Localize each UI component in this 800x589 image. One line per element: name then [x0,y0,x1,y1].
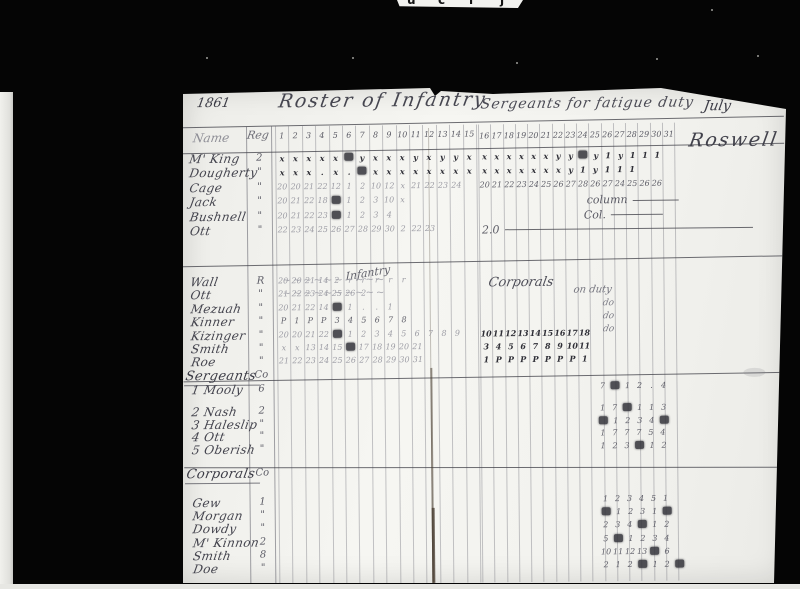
day-header-number: 7 [355,131,368,140]
ditto-mark: 2 [252,406,272,417]
roster-section-s3: 1 Mooly6712.42 Nash2171133 Haleslip"1234… [183,378,787,456]
day-cell-mark: 27 [565,179,577,188]
day-cell-mark: 3 [612,520,624,529]
day-cell-mark: P [517,354,529,364]
row-name: Smith [192,549,232,563]
ink-smudge [663,507,672,515]
row-name: Ott [189,288,212,302]
day-cell-mark: 20 [276,182,289,191]
day-cell-mark: 2 [661,560,673,569]
day-header-number: 8 [369,130,382,139]
day-cell-mark: 23 [515,180,527,189]
day-header-number: 20 [527,131,539,140]
day-header-number: 14 [449,130,462,139]
day-cell-mark: 2 [396,224,409,233]
ditto-mark: 2 [249,152,269,163]
day-cell-mark: P [566,354,578,364]
roster-section-s2: WallR202021142rrrrr~~~~~~~~~~Ott"2122232… [182,270,786,383]
day-cells-left: 2021221812310x [276,195,410,205]
day-cell-mark: x [289,168,302,178]
day-cell-mark: 14 [317,303,330,312]
day-cell-mark: 3 [649,533,661,542]
day-cell-mark: 1 [342,181,355,190]
day-cell-mark: P [505,354,517,364]
note-underline [633,199,679,200]
day-cell-mark: x [491,151,503,161]
day-cell-mark: 10 [369,181,382,190]
day-header-number: 27 [613,130,625,139]
day-cells-right: 177754 [597,428,669,438]
ink-smudge [579,150,588,158]
ink-smudge [660,415,669,423]
day-cell-mark: 16 [554,327,566,337]
day-cell-mark: 15 [331,343,344,352]
day-cell-mark: 5 [505,341,517,351]
day-cell-mark: 12 [505,328,517,338]
ditto-mark: " [253,510,273,521]
day-cell-mark: y [449,152,462,162]
day-cell-mark: 22 [302,196,315,205]
day-cell-mark: 25 [626,179,638,188]
day-cell-mark: x [527,151,539,161]
day-cell-mark: 22 [503,180,515,189]
ditto-mark: " [249,167,269,178]
day-cell-mark: 24 [614,179,626,188]
day-header-number: 16 [478,131,490,140]
ditto-mark: 2 [253,536,273,547]
day-cells-right: xxxxxxxy1y111 [478,164,638,176]
day-cell-mark: 20 [277,303,290,312]
day-cell-mark: 11 [492,328,504,338]
day-cell-mark: 7 [633,428,645,437]
ink-smudge [333,329,342,337]
day-cells-right: 1231 [600,507,674,517]
ink-smudge [332,303,341,311]
ink-smudge [358,167,367,175]
ink-smudge [623,403,632,411]
day-cell-mark: 1 [343,329,356,338]
day-header-number: 28 [626,130,638,139]
scribble-wave: ~~~~~~~~~~ [283,288,387,300]
day-cell-mark: 4 [344,316,357,325]
row-name: Kizinger [190,328,247,343]
day-cell-mark: 28 [356,224,369,233]
day-cell-mark: 17 [566,327,578,337]
day-cell-mark: 21 [277,357,290,366]
day-cell-mark: 4 [636,494,648,503]
day-header-number: 15 [462,129,475,138]
day-cell-mark: 3 [370,329,383,338]
day-cell-mark: 5 [397,329,410,338]
day-cell-mark: 1 [660,494,672,503]
day-cell-mark: 1 [646,403,658,412]
day-cell-mark: 8 [437,328,450,337]
day-cell-mark: 18 [316,196,329,205]
day-cell-mark: y [614,150,626,160]
day-cell-mark: 4 [657,381,669,390]
day-cell-mark: 7 [596,381,608,390]
day-cell-mark: 20 [276,211,289,220]
film-frame-label: ucij [397,0,523,8]
day-cell-mark: 21 [411,342,424,351]
day-cell-mark: 19 [384,342,397,351]
day-cell-mark: P [554,354,566,364]
row-name: Kinner [190,315,236,329]
day-header-number: 30 [650,130,662,139]
day-cell-mark: 23 [304,356,317,365]
reg-column-header: Reg [246,128,270,141]
day-cell-mark: 4 [646,416,658,425]
day-cells-right: 21212 [600,559,686,569]
day-cell-mark: x [462,151,475,161]
day-header-number: 31 [662,130,674,139]
ink-smudge [635,440,644,448]
ditto-mark: " [251,342,271,353]
day-cell-mark: 5 [648,494,660,503]
day-cell-mark: 2 [658,440,670,449]
roster-sections: M' King2xxxxxyxxxyxyyxxxxxxxyyy1y111Doug… [181,85,784,91]
dust-speck [656,58,658,60]
day-header-number: 24 [576,130,588,139]
day-cell-mark: 3 [634,416,646,425]
name-column-header: Name [192,131,230,145]
day-cell-mark: 9 [451,328,464,337]
day-cell-mark: 26 [638,179,650,188]
day-cell-mark: 4 [657,428,669,437]
day-cell-mark: 2 [612,494,624,503]
day-cell-mark: 22 [317,329,330,338]
day-header-number: 5 [329,131,342,140]
ink-smudge [638,520,647,528]
day-cell-mark: 7 [621,428,633,437]
day-cell-mark: y [355,153,368,163]
day-cells-left: xxx.x.xxxxxxxx [275,166,476,178]
day-cell-mark: . [645,381,657,390]
day-cell-mark: 29 [370,224,383,233]
day-cell-mark: x [515,165,527,175]
day-cell-mark: 22 [410,224,423,233]
row-name: Roe [190,355,217,369]
day-cell-mark: 26 [651,178,663,187]
day-cell-mark: 9 [554,341,566,351]
day-cell-mark: 31 [411,355,424,364]
day-cell-mark: x [515,151,527,161]
day-cell-mark: 1 [480,355,492,365]
day-cell-mark: 13 [517,328,529,338]
day-cells-left: xxxxxyxxxyxyyx [275,151,476,163]
day-cell-mark: 15 [541,327,553,337]
day-cell-mark: 1 [597,441,609,450]
day-cell-mark: 21 [289,211,302,220]
ditto-label-group: dododo [181,85,784,91]
day-cells-left: 22232425262728293022223 [276,224,437,235]
day-cell-mark: x [436,166,449,176]
day-cells-right: 34567891011 [480,340,591,351]
day-cell-mark: x [422,152,435,162]
note-underline [504,227,752,230]
day-cell-mark: y [589,165,601,175]
day-cell-mark: 2 [622,416,634,425]
day-cell-mark: 4 [661,533,673,542]
day-cell-mark: 6 [517,341,529,351]
day-cell-mark: 3 [369,210,382,219]
day-cell-mark: P [304,316,317,325]
day-header-number: 2 [288,131,301,140]
row-name: M' King [188,152,241,167]
day-cell-mark: 3 [624,494,636,503]
page-title-left: Roster of Infantry [277,88,488,112]
day-cell-mark: 1 [651,150,663,160]
row-name: Jack [189,195,219,209]
ditto-mark: " [251,356,271,367]
day-cell-mark: x [422,166,435,176]
day-cell-mark: 1 [613,507,625,516]
day-cell-mark: 10 [382,195,395,204]
day-cell-mark: 2 [624,560,636,569]
day-header-number: 22 [552,131,564,140]
day-cell-mark: x [315,153,328,163]
frame-label-glyph: c [438,0,445,7]
day-cell-mark: 4 [624,520,636,529]
day-cell-mark: 1 [600,494,612,503]
day-cell-mark: 2 [609,441,621,450]
day-cell-mark: x [290,343,303,352]
dust-speck [757,55,759,57]
ditto-mark: " [251,329,271,340]
day-cell-mark: x [540,151,552,161]
day-cell-mark: 3 [480,341,492,351]
section-rule [181,116,784,129]
day-cell-mark: y [409,152,422,162]
day-cells-right: 202122232425262728262724252626 [479,178,664,189]
day-cells-right: 12312 [597,440,670,450]
dust-speck [711,9,713,11]
day-cell-mark: 7 [424,328,437,337]
note-underline [611,214,663,215]
roster-section-s1: M' King2xxxxxyxxxyxyyxxxxxxxyyy1y111Doug… [181,147,785,239]
day-cell-mark: 13 [304,343,317,352]
day-cell-mark: 20 [290,330,303,339]
day-header-number: 18 [503,131,515,140]
ditto-mark: " [250,224,270,235]
day-cell-mark: . [342,167,355,177]
row-name: Bushnell [189,209,247,224]
roster-section-s4: CorporalsCoGew1123451Morgan"1231Dowdy"23… [184,462,788,576]
day-cell-mark: 1 [290,316,303,325]
day-cell-mark: 24 [450,180,463,189]
day-cell-mark: 23 [316,210,329,219]
day-cell-mark: 1 [597,428,609,437]
day-cell-mark: x [462,166,475,176]
day-cell-mark: 22 [303,303,316,312]
day-cell-mark: 1 [601,165,613,175]
day-cell-mark: 2 [357,329,370,338]
day-cell-mark: P [529,354,541,364]
day-cells-right: 51234 [600,533,673,543]
day-cells-right: 123451 [600,494,672,504]
day-cell-mark: 7 [384,315,397,324]
day-cell-mark: 1 [597,404,609,413]
day-header-number: 9 [382,130,395,139]
day-cell-mark: x [528,165,540,175]
day-cell-mark: y [552,151,564,161]
day-cell-mark: x [396,195,409,204]
day-cell-mark: 1 [579,354,591,364]
adjacent-page-edge [0,92,13,584]
day-header-number: 21 [540,131,552,140]
ink-smudge [331,210,340,218]
ink-smudge [614,534,623,542]
day-cell-mark: 1 [634,403,646,412]
day-cell-mark: x [552,165,564,175]
ditto-mark: R [250,275,270,286]
day-cell-mark: 30 [398,355,411,364]
day-cell-mark: 10 [600,547,612,556]
day-cell-mark: 20 [479,180,491,189]
day-cell-mark: 18 [578,327,590,337]
ditto-mark: " [253,562,273,573]
day-cell-mark: 1 [649,560,661,569]
day-cell-mark: . [357,302,370,311]
day-cell-mark: 26 [552,179,564,188]
ink-smudge [602,507,611,515]
day-cell-mark: y [590,150,602,160]
day-cell-mark: x [289,153,302,163]
day-cell-mark: 3 [658,403,670,412]
day-cell-mark: 1 [626,150,638,160]
day-cell-mark: x [449,166,462,176]
day-cell-mark: x [329,167,342,177]
day-cell-mark: 12 [383,181,396,190]
day-cell-mark: 10 [566,340,578,350]
ditto-mark: 8 [253,549,273,560]
ink-smudge [331,196,340,204]
day-cell-mark: 1 [614,164,626,174]
day-cell-mark: 3 [637,507,649,516]
day-cell-mark: . [316,167,329,177]
day-cell-mark: 17 [357,342,370,351]
day-cell-mark: x [409,166,422,176]
ink-smudge [675,559,684,567]
day-cell-mark: x [503,166,515,176]
day-cell-mark: 1 [621,381,633,390]
day-cell-mark: 21 [289,196,302,205]
day-cell-mark: 20 [276,196,289,205]
day-cell-mark: x [369,152,382,162]
day-cell-mark: x [275,168,288,178]
day-cells-left: 2020212212121012x21222324 [276,180,464,191]
day-cell-mark: 1 [626,164,638,174]
day-cell-mark: 27 [343,225,356,234]
day-cells-left: 202122141..1 [277,302,397,312]
section-ditto: Co [252,467,272,478]
row-name: Wall [189,275,219,289]
ditto-mark: " [252,431,272,442]
day-cell-mark: 22 [276,225,289,234]
day-cell-mark: 1 [343,302,356,311]
day-cell-mark: 4 [383,210,396,219]
day-cell-mark: 8 [542,341,554,351]
day-cell-mark: 25 [540,180,552,189]
ditto-mark: Co [251,369,271,380]
day-cell-mark: 1 [646,440,658,449]
day-cell-mark: 7 [609,404,621,413]
ditto-mark: " [252,443,272,454]
day-cell-mark: 28 [577,179,589,188]
day-cell-mark: 27 [601,179,613,188]
day-cell-mark: x [382,152,395,162]
ink-smudge [346,343,355,351]
day-cell-mark: 26 [589,179,601,188]
day-cell-mark: 22 [423,181,436,190]
day-cell-mark: 14 [317,343,330,352]
column-ruling [181,85,784,91]
day-cell-mark: 1 [383,302,396,311]
day-cell-mark: 1 [342,196,355,205]
day-cells-right: 101112131415161718 [480,327,591,338]
ledger-page: 1861 Roster of Infantry Sergeants for fa… [183,88,786,583]
day-cell-mark: 3 [621,441,633,450]
row-name: 5 Oberish [191,442,256,457]
row-name: Smith [190,342,230,356]
day-cell-mark: 1 [649,507,661,516]
day-cell-mark: x [277,343,290,352]
day-cell-mark: 3 [369,196,382,205]
day-cell-mark: 3 [330,316,343,325]
microfilm-photo: ucij 1861 Roster of Infantry Sergeants f… [0,0,800,589]
day-cell-mark: 2 [600,521,612,530]
day-cells-left: 2122232425262728293031 [277,355,424,365]
day-cells-left: P1PP345678 [277,315,411,325]
day-cells-right: 1PPPPPPP1 [480,354,591,365]
day-cell-mark: 1 [602,150,614,160]
frame-label-glyph: j [500,0,504,7]
day-cell-mark: 5 [357,316,370,325]
row-name: Ott [189,224,212,238]
day-cell-mark: P [542,354,554,364]
day-header-number: 11 [409,130,422,139]
day-cell-mark: 13 [636,547,648,556]
dust-speck [516,62,518,64]
day-cell-mark: x [302,153,315,163]
day-cell-mark: 7 [529,341,541,351]
day-cell-mark: x [396,181,409,190]
ditto-mark: 6 [251,383,271,394]
day-header-number: 3 [302,131,315,140]
day-header-number: 25 [589,130,601,139]
frame-label-glyph: i [469,0,473,7]
day-cell-mark: 8 [397,315,410,324]
day-cell-mark: x [478,151,490,161]
day-cell-mark: P [277,316,290,325]
day-cells-left: 20202122123456789 [277,328,464,339]
day-header-number: 19 [515,131,527,140]
day-header-number: 23 [564,131,576,140]
day-cell-mark: 11 [578,340,590,350]
ditto-mark: " [253,523,273,534]
day-cell-mark: x [396,167,409,177]
day-cell-mark: 24 [317,356,330,365]
day-cell-mark: 6 [371,316,384,325]
day-cell-mark: . [370,302,383,311]
day-cell-mark: 23 [436,181,449,190]
day-cell-mark: 2 [637,533,649,542]
day-cell-mark: 4 [492,341,504,351]
day-header-number: 4 [315,131,328,140]
day-cell-mark: 26 [329,225,342,234]
ditto-mark: " [251,302,271,313]
day-cell-mark: y [564,165,576,175]
